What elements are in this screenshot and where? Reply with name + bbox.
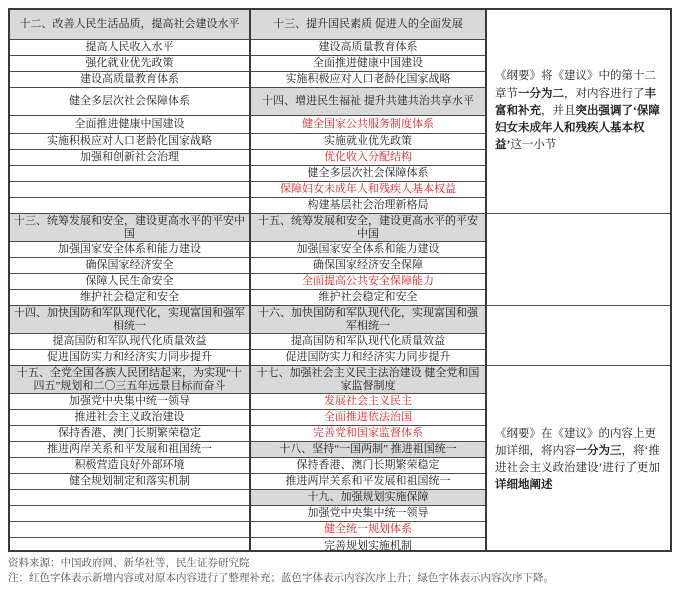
plan-item-cell: 保持香港、澳门长期繁荣稳定 xyxy=(251,458,485,474)
plan-item-cell: 促进国防实力和经济实力同步提升 xyxy=(251,350,485,366)
plan-item-cell: 发展社会主义民主 xyxy=(251,394,485,410)
empty-cell xyxy=(10,182,249,198)
section-header-cell: 十五、全党全国各族人民团结起来，为实现“十四五”规划和二〇三五年远景目标而奋斗 xyxy=(10,366,249,394)
plan-item-cell: 实施积极应对人口老龄化国家战略 xyxy=(251,72,485,88)
empty-cell xyxy=(10,166,249,182)
plan-item-cell: 健全统一规划体系 xyxy=(251,522,485,538)
plan-item-cell: 全面推进健康中国建设 xyxy=(10,116,249,134)
plan-item-cell: 构建基层社会治理新格局 xyxy=(251,198,485,214)
plan-item-cell: 实施就业优先政策 xyxy=(251,134,485,150)
section-header-cell: 十八、坚持“一国两制” 推进祖国统一 xyxy=(251,442,485,458)
plan-item-cell: 保障人民生命安全 xyxy=(10,274,249,290)
plan-item-cell: 加强国家安全体系和能力建设 xyxy=(251,242,485,258)
plan-item-cell: 促进国防实力和经济实力同步提升 xyxy=(10,350,249,366)
empty-cell xyxy=(10,198,249,214)
legend-note: 注：红色字体表示新增内容或对原本内容进行了整理补充；蓝色字体表示内容次序上升；绿… xyxy=(8,571,672,586)
plan-item-cell: 加强党中央集中统一领导 xyxy=(10,394,249,410)
plan-item-cell: 推进社会主义政治建设 xyxy=(10,410,249,426)
section-header-cell: 十六、加快国防和军队现代化，实现富国和强军相统一 xyxy=(251,306,485,334)
plan-item-cell: 健全多层次社会保障体系 xyxy=(251,166,485,182)
empty-cell xyxy=(10,490,249,506)
column-jianyi-sections: 十二、改善人民生活品质，提高社会建设水平提高人民收入水平强化就业优先政策建设高质… xyxy=(10,10,251,550)
section-header-cell: 十九、加强规划实施保障 xyxy=(251,490,485,506)
section-header-cell: 十四、增进民生福祉 提升共建共治共享水平 xyxy=(251,88,485,116)
comparison-note-cell xyxy=(487,306,670,366)
plan-item-cell: 完善党和国家监督体系 xyxy=(251,426,485,442)
plan-item-cell: 推进两岸关系和平发展和祖国统一 xyxy=(10,442,249,458)
comparison-note-cell: 《纲要》将《建议》中的第十二章节一分为二，对内容进行了丰富和补充，并且突出强调了… xyxy=(487,10,670,214)
plan-item-cell: 实施积极应对人口老龄化国家战略 xyxy=(10,134,249,150)
source-note: 资料来源：中国政府网、新华社等，民生证券研究院 xyxy=(8,556,672,571)
comparison-table: 十二、改善人民生活品质，提高社会建设水平提高人民收入水平强化就业优先政策建设高质… xyxy=(8,8,672,552)
plan-item-cell: 加强党中央集中统一领导 xyxy=(251,506,485,522)
plan-item-cell: 确保国家经济安全 xyxy=(10,258,249,274)
plan-item-cell: 全面推进依法治国 xyxy=(251,410,485,426)
plan-item-cell: 保障妇女未成年人和残疾人基本权益 xyxy=(251,182,485,198)
section-header-cell: 十四、加快国防和军队现代化，实现富国和强军相统一 xyxy=(10,306,249,334)
column-gangyao-sections: 十三、提升国民素质 促进人的全面发展建设高质量教育体系全面推进健康中国建设实施积… xyxy=(251,10,487,550)
plan-item-cell: 推进两岸关系和平发展和祖国统一 xyxy=(251,474,485,490)
plan-item-cell: 维护社会稳定和安全 xyxy=(251,290,485,306)
plan-item-cell: 保持香港、澳门长期繁荣稳定 xyxy=(10,426,249,442)
table-footer: 资料来源：中国政府网、新华社等，民生证券研究院 注：红色字体表示新增内容或对原本… xyxy=(8,556,672,586)
plan-item-cell: 提高国防和军队现代化质量效益 xyxy=(251,334,485,350)
plan-item-cell: 全面推进健康中国建设 xyxy=(251,56,485,72)
plan-item-cell: 健全规划制定和落实机制 xyxy=(10,474,249,490)
plan-item-cell: 完善规划实施机制 xyxy=(251,538,485,554)
plan-item-cell: 加强和创新社会治理 xyxy=(10,150,249,166)
plan-item-cell: 确保国家经济安全保障 xyxy=(251,258,485,274)
comparison-note-cell: 《纲要》在《建议》的内容上更加详细，将内容一分为三，将‘推进社会主义政治建设’进… xyxy=(487,366,670,554)
plan-item-cell: 提高国防和军队现代化质量效益 xyxy=(10,334,249,350)
note-text: 《纲要》将《建议》中的第十二章节一分为二，对内容进行了丰富和补充，并且突出强调了… xyxy=(495,68,662,154)
empty-cell xyxy=(10,506,249,522)
empty-cell xyxy=(10,522,249,538)
section-header-cell: 十七、加强社会主义民主法治建设 健全党和国家监督制度 xyxy=(251,366,485,394)
column-comparison-notes: 《纲要》将《建议》中的第十二章节一分为二，对内容进行了丰富和补充，并且突出强调了… xyxy=(487,10,670,550)
note-text: 《纲要》在《建议》的内容上更加详细，将内容一分为三，将‘推进社会主义政治建设’进… xyxy=(495,426,662,495)
plan-item-cell: 建设高质量教育体系 xyxy=(251,40,485,56)
empty-cell xyxy=(10,538,249,554)
plan-item-cell: 提高人民收入水平 xyxy=(10,40,249,56)
plan-item-cell: 强化就业优先政策 xyxy=(10,56,249,72)
section-header-cell: 十五、统筹发展和安全，建设更高水平的平安中国 xyxy=(251,214,485,242)
plan-item-cell: 建设高质量教育体系 xyxy=(10,72,249,88)
plan-item-cell: 全面提高公共安全保障能力 xyxy=(251,274,485,290)
plan-item-cell: 优化收入分配结构 xyxy=(251,150,485,166)
plan-item-cell: 加强国家安全体系和能力建设 xyxy=(10,242,249,258)
plan-item-cell: 健全国家公共服务制度体系 xyxy=(251,116,485,134)
plan-item-cell: 健全多层次社会保障体系 xyxy=(10,88,249,116)
comparison-note-cell xyxy=(487,214,670,306)
plan-item-cell: 维护社会稳定和安全 xyxy=(10,290,249,306)
section-header-cell: 十三、提升国民素质 促进人的全面发展 xyxy=(251,10,485,40)
plan-item-cell: 积极营造良好外部环境 xyxy=(10,458,249,474)
section-header-cell: 十二、改善人民生活品质，提高社会建设水平 xyxy=(10,10,249,40)
section-header-cell: 十三、统筹发展和安全，建设更高水平的平安中国 xyxy=(10,214,249,242)
